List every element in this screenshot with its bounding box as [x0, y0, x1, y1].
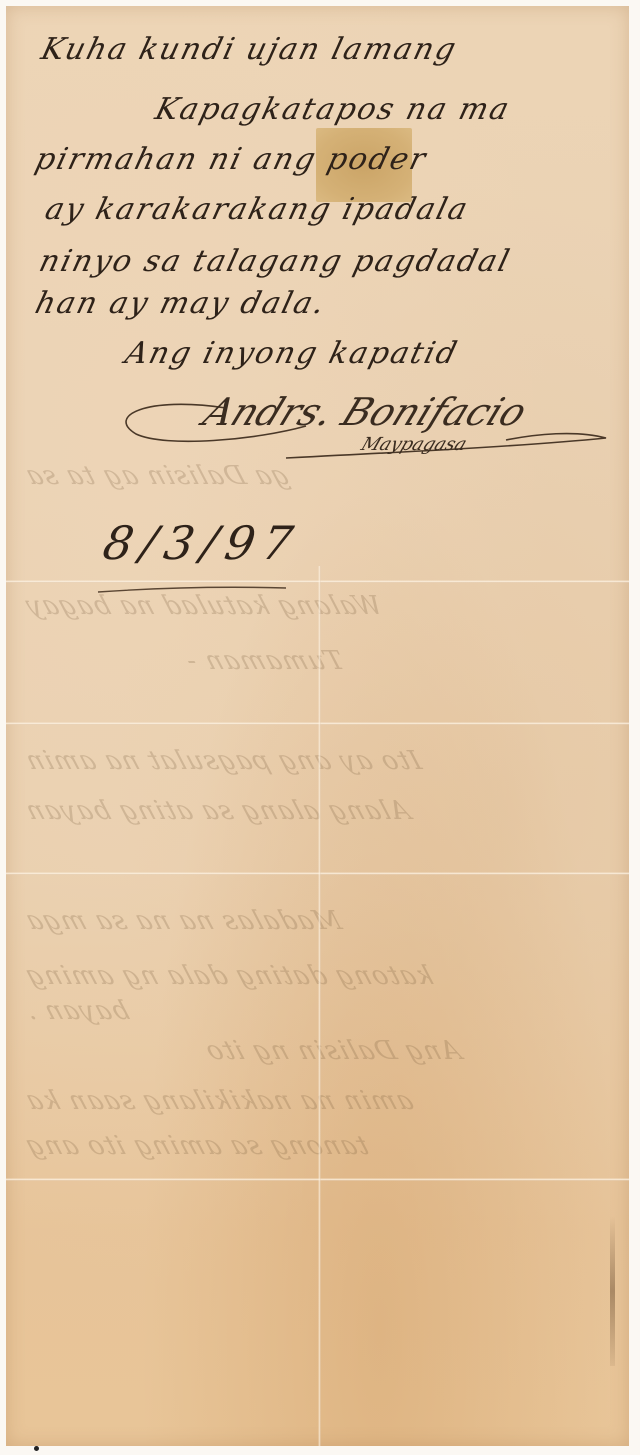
bleed-through-line: katong dating dala ng aming	[21, 961, 437, 991]
letter-date: 8/3/97	[99, 516, 305, 570]
letter-line: ay karakarakang ipadala	[42, 192, 473, 227]
letter-line: pirmahan ni ang poder	[32, 142, 431, 177]
bleed-through-line: Madalas na na sa mga	[21, 906, 345, 936]
bleed-through-line: amin na nakikilang saan ka	[21, 1086, 417, 1116]
letter-line: Ang inyong kapatid	[122, 336, 462, 371]
signature-name: Andrs. Bonifacio	[197, 390, 533, 434]
bleed-through-line: Ito ay ang pagsulat na amin	[21, 746, 425, 776]
edge-stain	[610, 1216, 615, 1366]
bleed-through-line: Alang alang sa ating bayan	[21, 796, 414, 826]
letter-line: han ay may dala.	[32, 286, 330, 321]
date-underline	[96, 584, 296, 598]
letter-paper: ga Dalisin ag ta sa Walang katulad na ba…	[6, 6, 629, 1446]
bleed-through-line: Tumaman -	[181, 646, 348, 676]
signature-alias: Maypagasa	[358, 434, 469, 455]
fold-line-vertical	[318, 566, 321, 1446]
bleed-through-line: bayan .	[21, 996, 133, 1026]
corner-mark	[34, 1446, 39, 1451]
bleed-through-line: Ang Dalisin ng ito	[201, 1036, 465, 1066]
letter-line: Kuha kundi ujan lamang	[38, 32, 461, 67]
letter-line: Kapagkatapos na ma	[152, 92, 515, 127]
letter-line: ninyo sa talagang pagdadal	[36, 244, 515, 279]
